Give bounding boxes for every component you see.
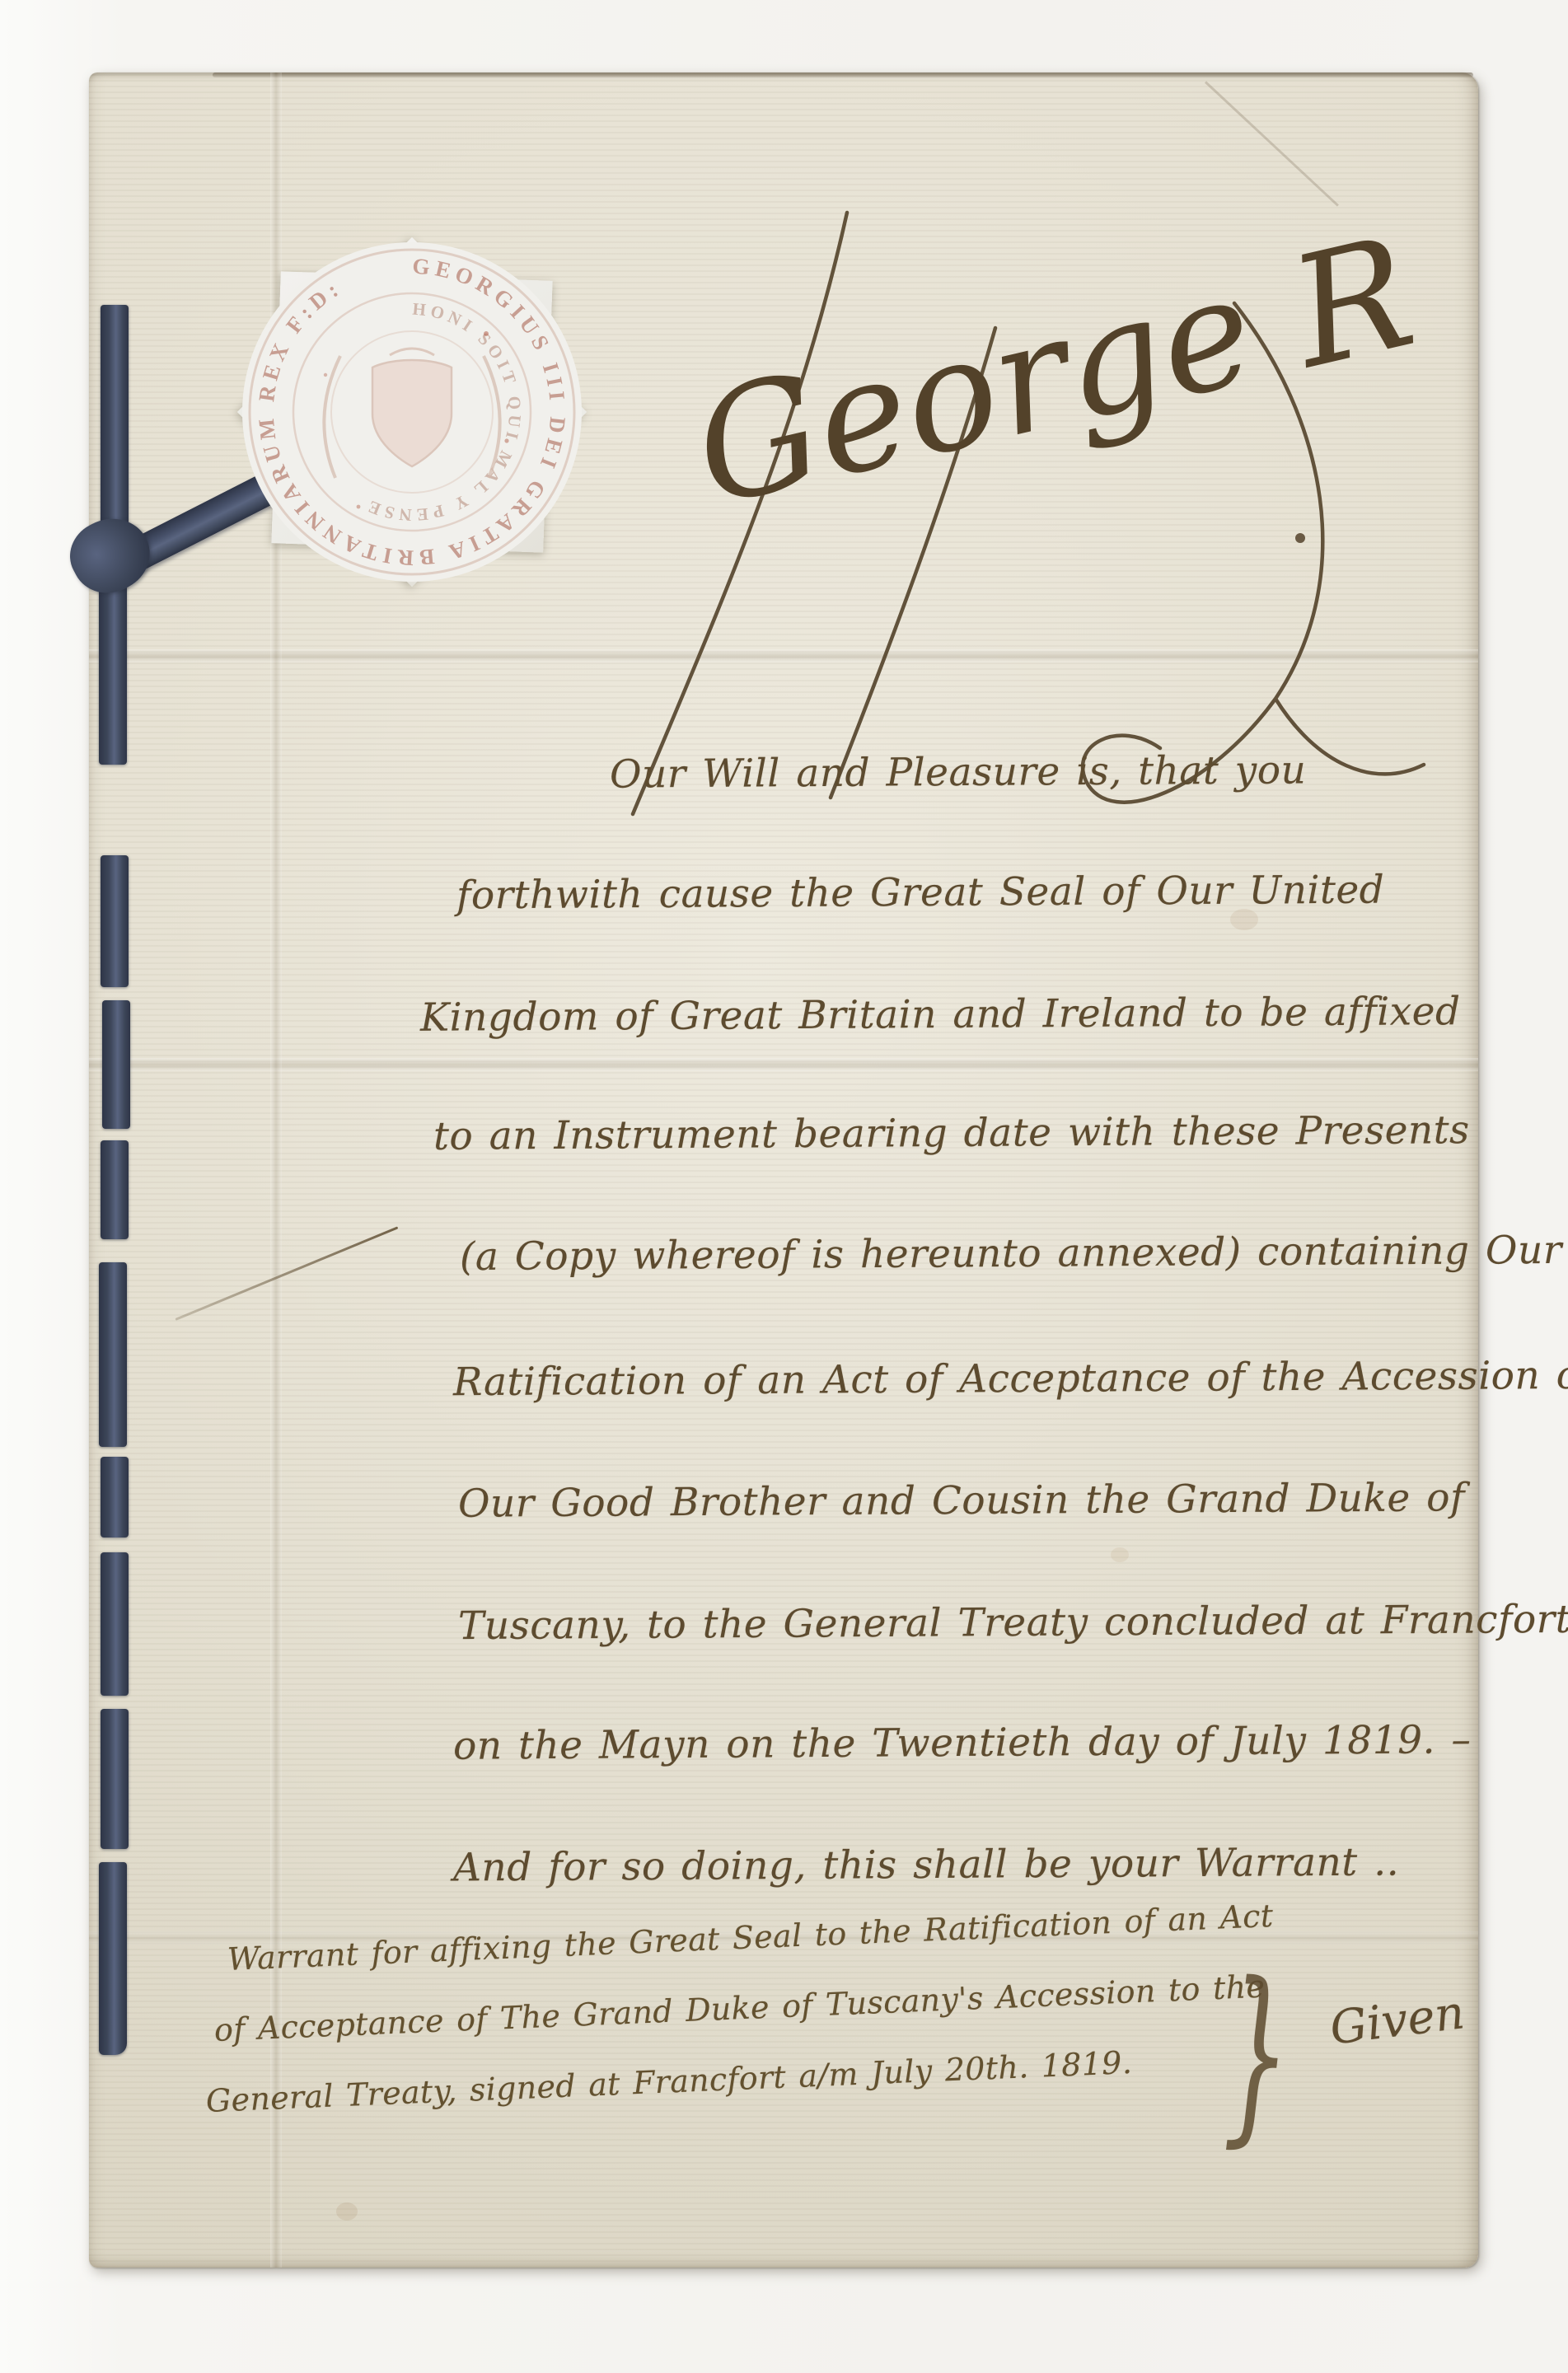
- body-line: And for so doing, this shall be your War…: [453, 1839, 1399, 1890]
- ribbon-segment: [101, 855, 129, 987]
- ribbon-segment: [101, 1140, 129, 1239]
- paper-top-fold-edge: [213, 73, 1473, 77]
- docket-line: of Acceptance of The Grand Duke of Tusca…: [213, 1968, 1266, 2048]
- body-line: (a Copy whereof is hereunto annexed) con…: [460, 1228, 1562, 1280]
- body-line: Ratification of an Act of Acceptance of …: [453, 1353, 1568, 1405]
- signature-name: George R: [679, 204, 1428, 541]
- warrant-page: GEORGIUS III DEI GRATIA BRITANNIARUM REX…: [89, 73, 1478, 2268]
- body-line: Our Will and Pleasure is, that you: [610, 747, 1307, 797]
- signature-dot: [1295, 533, 1305, 543]
- body-line: Our Good Brother and Cousin the Grand Du…: [458, 1475, 1465, 1526]
- ribbon-segment: [99, 1262, 127, 1447]
- fold-crease: [89, 1058, 1478, 1071]
- body-line: on the Mayn on the Twentieth day of July…: [453, 1717, 1472, 1769]
- docket-line: Warrant for affixing the Great Seal to t…: [227, 1898, 1274, 1977]
- foxing-spot: [336, 2202, 358, 2221]
- binding-ribbon: [89, 73, 147, 2268]
- foxing-spot: [1111, 1547, 1129, 1562]
- body-line: Kingdom of Great Britain and Ireland to …: [420, 989, 1461, 1041]
- ribbon-segment: [102, 1000, 130, 1129]
- docket-line: General Treaty, signed at Francfort a/m …: [205, 2044, 1133, 2119]
- ribbon-segment: [99, 578, 127, 765]
- given-label: Given: [1327, 1986, 1467, 2055]
- body-line: forthwith cause the Great Seal of Our Un…: [456, 868, 1385, 919]
- scanned-document: GEORGIUS III DEI GRATIA BRITANNIARUM REX…: [0, 0, 1568, 2373]
- ribbon-segment: [101, 1457, 129, 1538]
- ribbon-segment: [99, 1862, 127, 2055]
- body-line: to an Instrument bearing date with these…: [433, 1107, 1470, 1159]
- docket-brace: }: [1222, 1941, 1291, 2166]
- pen-dash: [175, 1226, 398, 1321]
- ribbon-segment: [101, 1709, 129, 1849]
- ribbon-segment: [101, 1552, 129, 1696]
- ribbon-knot: [59, 505, 162, 606]
- body-line: Tuscany, to the General Treaty concluded…: [458, 1597, 1568, 1649]
